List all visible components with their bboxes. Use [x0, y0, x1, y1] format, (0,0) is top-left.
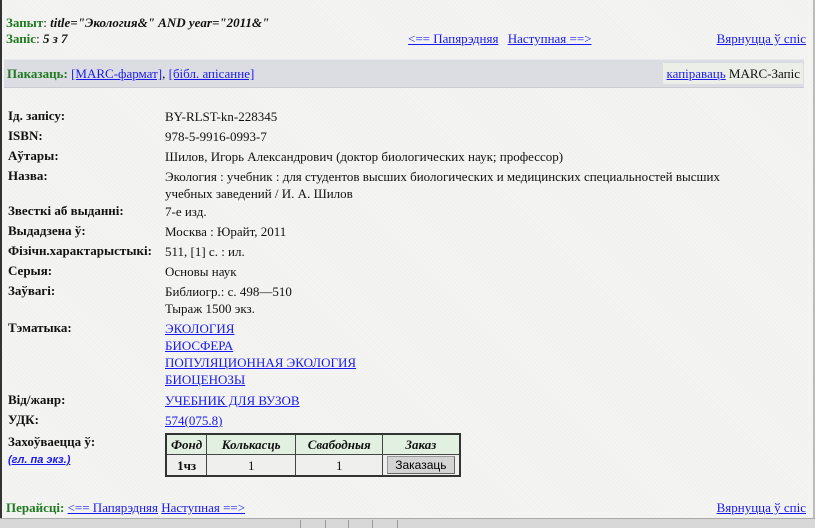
field-row: Выдадзена ў:Москва : Юрайт, 2011	[8, 222, 765, 242]
field-value-line: 978-5-9916-0993-7	[165, 128, 765, 145]
record-position: Запіс: 5 з 7	[6, 31, 806, 47]
back-nav: Вярнуцца ў спіс	[717, 31, 806, 47]
field-value: 7-е изд.	[165, 202, 765, 220]
free-cell: 1	[296, 455, 383, 477]
subject-link[interactable]: ЭКОЛОГИЯ	[165, 320, 765, 337]
field-value: 978-5-9916-0993-7	[165, 127, 765, 145]
field-row: Фізічн.характарыстыкі:511, [1] с. : ил.	[8, 242, 765, 262]
footer-prev-link[interactable]: <== Папярэдняя	[68, 500, 158, 515]
record-fields: Ід. запісу:BY-RLST-kn-228345ISBN:978-5-9…	[8, 107, 765, 317]
udc-link[interactable]: 574(075.8)	[165, 412, 765, 429]
table-row: 1чз 1 1 Заказаць	[166, 455, 460, 477]
back-to-list-link[interactable]: Вярнуцца ў спіс	[717, 31, 806, 46]
next-record-link[interactable]: Наступная ==>	[508, 31, 592, 46]
field-value: Москва : Юрайт, 2011	[165, 222, 765, 240]
subjects-row: Тэматыка: ЭКОЛОГИЯБИОСФЕРАПОПУЛЯЦИОННАЯ …	[8, 319, 765, 388]
field-label: Захоўваецца ў:	[8, 433, 163, 450]
column-header: Заказ	[383, 434, 460, 455]
field-label: ISBN:	[8, 127, 163, 144]
marc-format-link[interactable]: [MARC-фармат]	[71, 66, 162, 81]
field-value-line: Экология : учебник : для студентов высши…	[165, 168, 765, 202]
field-label: Тэматыка:	[8, 319, 163, 336]
count-cell: 1	[207, 455, 296, 477]
record-header: Запыт: title="Экология&" AND year="2011&…	[6, 15, 806, 47]
field-label: Назва:	[8, 167, 163, 184]
record-page: Запыт: title="Экология&" AND year="2011&…	[0, 0, 815, 518]
field-value-line: Тыраж 1500 экз.	[165, 300, 765, 317]
field-value: Основы наук	[165, 262, 765, 280]
browser-status-bar	[0, 518, 815, 528]
field-label: Аўтары:	[8, 147, 163, 164]
field-value-line: 7-е изд.	[165, 203, 765, 220]
query-line: Запыт: title="Экология&" AND year="2011&…	[6, 15, 806, 31]
field-label: Ід. запісу:	[8, 107, 163, 124]
genre-link[interactable]: УЧЕБНИК ДЛЯ ВУЗОВ	[165, 392, 765, 409]
field-value-line: 511, [1] с. : ил.	[165, 243, 765, 260]
field-label: Серыя:	[8, 262, 163, 279]
view-copies-link[interactable]: (гл. па экз.)	[8, 454, 70, 466]
field-value-line: BY-RLST-kn-228345	[165, 108, 765, 125]
show-label: Паказаць:	[7, 66, 68, 81]
holdings-row: Захоўваецца ў: (гл. па экз.) Фонд Колька…	[8, 433, 765, 477]
query-label: Запыт	[6, 15, 43, 30]
field-value-line: Шилов, Игорь Александрович (доктор биоло…	[165, 148, 765, 165]
copy-marc-box: капіраваць MARC-Запіс	[663, 63, 803, 84]
column-header: Колькасць	[207, 434, 296, 455]
field-value: BY-RLST-kn-228345	[165, 107, 765, 125]
field-row: Назва:Экология : учебник : для студентов…	[8, 167, 765, 202]
genre-row: Від/жанр: УЧЕБНИК ДЛЯ ВУЗОВ	[8, 391, 765, 411]
record-nav: <== Папярэдняя Наступная ==>	[408, 31, 598, 47]
field-row: Серыя:Основы наук	[8, 262, 765, 282]
holdings-table: Фонд Колькасць Свабодныя Заказ 1чз 1 1 З…	[165, 433, 461, 477]
field-label: Фізічн.характарыстыкі:	[8, 242, 163, 259]
bib-description-link[interactable]: [бібл. апісанне]	[169, 66, 255, 81]
field-label: УДК:	[8, 411, 163, 428]
footer-next-link[interactable]: Наступная ==>	[161, 500, 245, 515]
field-value: Библиогр.: с. 498—510Тыраж 1500 экз.	[165, 282, 765, 317]
record-value: 5 з 7	[43, 31, 68, 46]
column-header: Фонд	[166, 434, 207, 455]
order-button[interactable]: Заказаць	[387, 456, 454, 474]
subject-link[interactable]: БИОЦЕНОЗЫ	[165, 371, 765, 388]
field-label: Заўвагі:	[8, 282, 163, 299]
field-value-line: Библиогр.: с. 498—510	[165, 283, 765, 300]
query-value: title="Экология&" AND year="2011&"	[50, 15, 269, 30]
field-label: Звесткі аб выданні:	[8, 202, 163, 219]
field-row: Аўтары:Шилов, Игорь Александрович (докто…	[8, 147, 765, 167]
field-value-line: Москва : Юрайт, 2011	[165, 223, 765, 240]
field-row: Заўвагі:Библиогр.: с. 498—510Тыраж 1500 …	[8, 282, 765, 317]
subject-link[interactable]: ПОПУЛЯЦИОННАЯ ЭКОЛОГИЯ	[165, 354, 765, 371]
footer-back-to-list-link[interactable]: Вярнуцца ў спіс	[717, 500, 806, 515]
field-value: Шилов, Игорь Александрович (доктор биоло…	[165, 147, 765, 165]
field-row: Звесткі аб выданні:7-е изд.	[8, 202, 765, 222]
fund-cell: 1чз	[166, 455, 207, 477]
field-label: Выдадзена ў:	[8, 222, 163, 239]
column-header: Свабодныя	[296, 434, 383, 455]
field-value: 511, [1] с. : ил.	[165, 242, 765, 260]
field-row: ISBN:978-5-9916-0993-7	[8, 127, 765, 147]
field-label: Від/жанр:	[8, 391, 163, 408]
subjects-list: ЭКОЛОГИЯБИОСФЕРАПОПУЛЯЦИОННАЯ ЭКОЛОГИЯБИ…	[165, 319, 765, 388]
copy-marc-suffix: MARC-Запіс	[729, 66, 800, 81]
record-label: Запіс	[6, 31, 36, 46]
field-value: Экология : учебник : для студентов высши…	[165, 167, 765, 202]
show-format-bar: Паказаць: [MARC-фармат], [бібл. апісанне…	[4, 59, 804, 88]
record-details: Ід. запісу:BY-RLST-kn-228345ISBN:978-5-9…	[8, 107, 765, 477]
udc-row: УДК: 574(075.8)	[8, 411, 765, 431]
footer-nav: Перайсці: <== Папярэдняя Наступная ==> В…	[6, 500, 806, 516]
copy-marc-link[interactable]: капіраваць	[666, 66, 725, 81]
goto-label: Перайсці:	[6, 500, 64, 515]
field-row: Ід. запісу:BY-RLST-kn-228345	[8, 107, 765, 127]
prev-record-link[interactable]: <== Папярэдняя	[408, 31, 498, 46]
field-value-line: Основы наук	[165, 263, 765, 280]
holdings-header: Фонд Колькасць Свабодныя Заказ	[166, 434, 460, 455]
subject-link[interactable]: БИОСФЕРА	[165, 337, 765, 354]
